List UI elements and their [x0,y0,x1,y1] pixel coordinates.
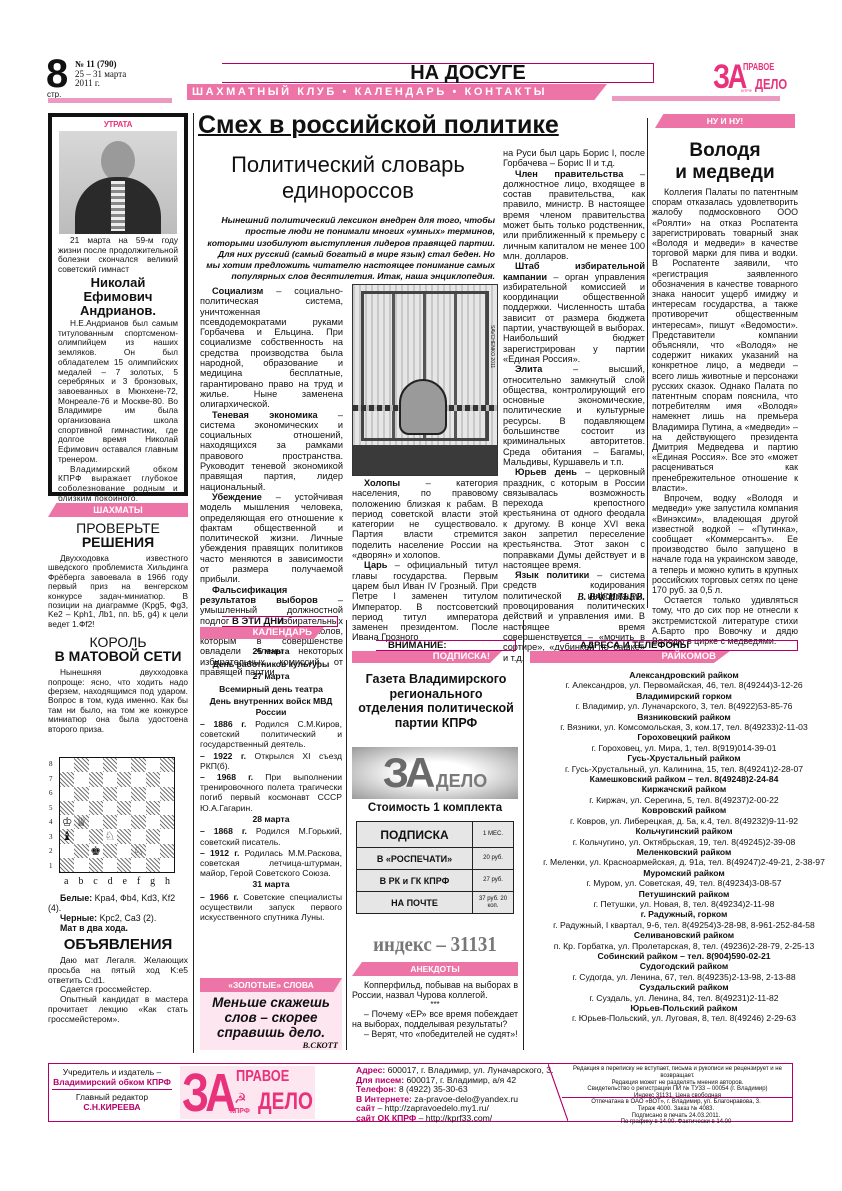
chess-square [60,758,74,772]
cost-title: Стоимость 1 комплекта [352,802,518,814]
article-headline: Смех в российской политике [198,110,643,140]
chess-heading-2-bold: В МАТОВОЙ СЕТИ [48,649,188,663]
chess-column: ШАХМАТЫ ПРОВЕРЬТЕ РЕШЕНИЯ Двухходовка из… [48,503,188,734]
rank-label: 8 [49,760,57,768]
dictionary-entry: Штаб избирательной кампании – орган упра… [503,261,645,364]
raikom-name: Петушинский райком [526,889,842,899]
subscription-title: Газета Владимирского регионального отдел… [356,672,516,730]
logo-pravoe: ПРАВОЕ [743,62,774,73]
dictionary-entry: Теневая экономика – система экономически… [200,410,343,492]
entry-definition: – система экономических и социальных отн… [200,410,343,492]
chess-piece-c2: ♚ [89,844,103,858]
calendar-date: 31 марта [200,879,342,890]
entry-term: Холопы [364,478,400,488]
file-label: a [64,876,68,887]
chess-piece-f2: ♘ [131,844,145,858]
calendar-date: 25 марта [200,646,342,657]
chess-heading-2: КОРОЛЬ В МАТОВОЙ СЕТИ [48,635,188,663]
chess-square [89,829,103,843]
chess-square [146,844,160,858]
email-link[interactable]: za-pravoe-delo@yandex.ru [412,1094,518,1104]
chess-square [89,858,103,872]
entry-definition: – официальный титул главы государства. П… [352,560,498,642]
col3-continuation: на Руси был царь Борис I, после Горбачев… [503,148,645,169]
phone-label: Телефон: [356,1084,396,1094]
raikom-name: Суздальский райком [526,982,842,992]
chess-white: Белые: Kpa4, Фb4, Kd3, Kf2 (4). [48,893,188,913]
masthead-right-underline [612,96,780,101]
chess-square [160,858,174,872]
dictionary-entry: Убеждение – устойчивая модель мышления ч… [200,492,343,585]
raikom-address: г. Ковров, ул. Либерецкая, д. 5а, к.4, т… [526,816,842,826]
divider-left [193,113,194,1053]
subscription-price: 1 МЕС. [473,822,514,848]
editor-label: Главный редактор [52,1092,172,1102]
raikom-name: Камешковский райком – тел. 8(49248)2-24-… [526,774,842,784]
chess-square [117,772,131,786]
letters-value: 600017, г. Владимир, а/я 42 [404,1075,516,1085]
chess-square [89,815,103,829]
chess-square [60,858,74,872]
logo-delo: ДЕЛО [436,771,487,791]
event-year: – 1912 г. [200,848,239,858]
divider-bottom-2 [523,620,524,1050]
quote-rubric: «ЗОЛОТЫЕ» СЛОВА [200,978,342,992]
chess-square [89,758,103,772]
obituary-condolence: Владимирский обком КПРФ выражает глубоко… [58,465,178,504]
chess-square [160,787,174,801]
chess-black: Черные: Kpc2, Ca3 (2). [48,913,188,923]
subscription-table: ПОДПИСКА1 МЕС.В «РОСПЕЧАТИ»20 руб.В РК и… [356,821,514,914]
rank-label: 2 [49,847,57,855]
joke-1: Копперфильд, побывав на выборах в России… [352,980,518,1001]
subscription-ribbon: ВНИМАНИЕ: ПОДПИСКА! [352,640,518,664]
dictionary-entry: Юрьев день – церковный праздник, с котор… [503,467,645,570]
raikom-address: г. Радужный, I квартал, 9-6, тел. 8(4925… [526,920,842,930]
chess-position: Белые: Kpa4, Фb4, Kd3, Kf2 (4). Черные: … [48,893,188,1025]
entry-term: Фальсификация результатов выборов [200,585,318,605]
rank-label: 7 [49,775,57,783]
chess-board-ranks: 87654321 [49,757,57,873]
chess-square [131,772,145,786]
chess-square [160,801,174,815]
chess-heading-1-bold: РЕШЕНИЯ [48,535,188,549]
sidebar-title-line-2: и медведи [652,162,798,184]
calendar-event: – 1966 г. Советские специалисты осуществ… [200,892,342,923]
section-subtitle: ШАХМАТНЫЙ КЛУБ • КАЛЕНДАРЬ • КОНТАКТЫ [192,86,602,99]
calendar-event: – 1922 г. Открылся XI съезд РКП(б). [200,751,342,771]
calendar-date: 28 марта [200,814,342,825]
footer-print: Отпечатана в ОАО «ВОТ», г. Владимир, ул.… [560,1099,792,1126]
logo-delo: ДЕЛО [755,76,787,93]
raikom-name: Меленковский райком [526,847,842,857]
logo-kprf: КПРФ [741,88,752,93]
subscription-row: В «РОСПЕЧАТИ»20 руб. [357,848,514,870]
entry-definition: – устойчивая модель мышления человека, о… [200,492,343,584]
chess-square [60,772,74,786]
footer-legal: Редакция в переписку не вступает, письма… [565,1066,790,1100]
chess-square [117,844,131,858]
sidebar-title: Володя и медведи [652,140,798,184]
chess-square [74,844,88,858]
chess-square [74,772,88,786]
divider-right [647,118,648,608]
sidebar-p3: Остается только удивляться тому, что до … [652,595,798,646]
newspaper-logo: ЗА ПРАВОЕ ДЕЛО КПРФ [713,60,789,96]
chess-square [131,829,145,843]
chess-square [160,815,174,829]
chess-task: Мат в два хода. [48,923,188,933]
chess-square [146,801,160,815]
rank-label: 5 [49,804,57,812]
print-2: Тираж 4000. Заказ № 4083. [560,1106,792,1113]
entry-definition: – категория населения, по правовому поло… [352,478,498,560]
raikom-address: г. Александров, ул. Первомайская, 46, те… [526,680,842,690]
file-label: h [165,876,170,887]
obituary-body: Н.Е.Андрианов был самым титулованным спо… [58,319,178,465]
calendar-ribbon: В ЭТИ ДНИ КАЛЕНДАРЬ [200,616,340,640]
page-number: 8 [46,56,68,92]
phone-value: 8 (4922) 35-30-63 [396,1084,467,1094]
entry-definition: – высший, относительно замкнутый слой об… [503,364,645,467]
calendar-event: – 1886 г. Родился С.М.Киров, советский п… [200,719,342,750]
article-author: В. ВАСИЛЬЕВ. [503,592,645,603]
site2-link[interactable]: – http://kprf33.com/ [416,1113,492,1123]
chess-piece-a4: ♔ [60,815,74,829]
chess-square [103,758,117,772]
chess-heading-1: ПРОВЕРЬТЕ РЕШЕНИЯ [48,521,188,549]
chess-square [146,815,160,829]
event-year: – 1968 г. [200,772,253,782]
dictionary-entry: Царь – официальный титул главы государст… [352,560,498,642]
obituary-rubric: УТРАТА [58,120,178,130]
chess-square [131,758,145,772]
calendar-ribbon-top: В ЭТИ ДНИ [232,616,284,627]
calendar-list: 25 мартаДень работников культуры27 марта… [200,645,342,923]
internet-label: В Интернете: [356,1094,412,1104]
calendar-holiday: День внутренних войск МВД России [200,696,342,717]
file-label: c [93,876,97,887]
file-label: f [137,876,140,887]
editor-name: С.Н.КИРЕЕВА [52,1102,172,1112]
subscription-channel: НА ПОЧТЕ [357,892,473,914]
raikom-name: Киржачский райком [526,784,842,794]
chess-problem-text: Нынешняя двухходовка попроще: ясно, что … [48,668,188,734]
entry-term: Юрьев день [515,467,577,477]
cartoon-signature: SAVCHENKO 2011 [489,325,495,368]
chess-square [103,787,117,801]
quote-box: «ЗОЛОТЫЕ» СЛОВА Меньше скажешь слов – ск… [200,978,342,1050]
chess-rubric: ШАХМАТЫ [48,503,188,517]
raikom-address: г. Суздаль, ул. Ленина, 84, тел. 8(49231… [526,993,842,1003]
chess-square [131,815,145,829]
issue-info: № 11 (790) 25 – 31 марта 2011 г. [75,60,126,89]
subscription-channel: В РК и ГК КПРФ [357,870,473,892]
quote-text: Меньше скажешь слов – скорее справишь де… [200,992,342,1040]
address-value: 600017, г. Владимир, ул. Луначарского, 3… [385,1065,553,1075]
chess-square [160,772,174,786]
white-label: Белые: [60,893,92,903]
calendar-holiday: Всемирный день театра [200,684,342,695]
dictionary-entry: Холопы – категория населения, по правово… [352,478,498,560]
raikom-address: г. Юрьев-Польский, ул. Луговая, 8, тел. … [526,1013,842,1023]
contacts-ribbon-top: АДРЕСА И ТЕЛЕФОНЫ [580,640,689,651]
sidebar-rubric: НУ И НУ! [655,114,795,128]
chess-square [74,758,88,772]
event-year: – 1868 г. [200,826,247,836]
raikom-name: г. Радужный, горком [526,909,842,919]
footer-publisher: Учредитель и издатель – Владимирский обк… [52,1067,172,1112]
calendar-date: 27 марта [200,671,342,682]
site-label: сайт [356,1103,375,1113]
joke-separator: *** [352,1001,518,1009]
obituary-lead: 21 марта на 59-м году жизни после продол… [58,236,178,274]
section-title: НА ДОСУГЕ [222,63,654,83]
black-pieces: Kpc2, Ca3 (2). [100,913,157,923]
contacts-list: Александровский райкомг. Александров, ул… [526,670,842,1024]
legal-3: Свидетельство о регистрации ПИ № ТУ33 – … [565,1086,790,1093]
chess-square [74,801,88,815]
logo-kprf: КПРФ [230,1108,250,1115]
chess-square [60,844,74,858]
chess-square [74,829,88,843]
print-3: Подписано в печать 24.03.2011. [560,1113,792,1120]
ad-1: Даю мат Легаля. Желающих просьба на пяты… [48,956,188,985]
chess-square [131,787,145,801]
chess-square [74,858,88,872]
entry-term: Член правительства [515,169,623,179]
logo-pravoe: ПРАВОЕ [236,1068,289,1086]
chess-square [117,829,131,843]
subscription-price: 20 руб. [473,848,514,870]
chess-solution-text: Двухходовка известного шведского проблем… [48,554,188,629]
raikom-address: г. Муром, ул. Советская, 49, тел. 8(4923… [526,878,842,888]
rank-label: 3 [49,833,57,841]
raikom-address: г. Судогда, ул. Ленина, 67, тел. 8(49235… [526,972,842,982]
site2-label: сайт ОК КПРФ [356,1113,416,1123]
rank-label: 4 [49,818,57,826]
entry-definition: – социально-политическая система, уничто… [200,286,343,409]
sidebar-p2: Впрочем, водку «Володя и медведи» уже за… [652,493,798,595]
ad-3: Опытный кандидат в мастера прочитает лек… [48,995,188,1024]
joke-2-question: – Почему «ЕР» все время побеждает на выб… [352,1009,518,1030]
subscription-row: ПОДПИСКА1 МЕС. [357,822,514,848]
masthead-left-underline [48,98,172,103]
ads-title: ОБЪЯВЛЕНИЯ [48,937,188,953]
chess-square [103,858,117,872]
cartoon-floor [353,445,498,476]
letters-label: Для писем: [356,1075,404,1085]
chess-square [146,858,160,872]
subscription-logo: ЗА ДЕЛО [352,747,518,799]
photo-head [101,141,135,181]
calendar-ribbon-bottom: КАЛЕНДАРЬ [200,627,312,639]
entry-definition: – церковный праздник, с которым в России… [503,467,645,570]
obituary-name: Николай Ефимович Андрианов. [58,276,178,318]
chess-square [160,844,174,858]
footer-publisher-divider [52,1089,172,1090]
chess-square [146,829,160,843]
raikom-address: г. Гусь-Хрустальный, ул. Калинина, 15, т… [526,764,842,774]
calendar-event: – 1912 г. Родилась М.М.Раскова, советска… [200,848,342,879]
contacts-ribbon-bottom: РАЙКОМОВ [530,651,716,663]
raikom-address: г. Меленки, ул. Красноармейская, д. 91а,… [526,857,842,867]
contacts-ribbon: АДРЕСА И ТЕЛЕФОНЫ РАЙКОМОВ [530,640,800,664]
print-4: По графику в 14.00. Фактически в 14.00 [560,1119,792,1126]
footer-logo: ЗА ПРАВОЕ ДЕЛО КПРФ ☭ [180,1066,315,1119]
dictionary-entry: Элита – высший, относительно замкнутый с… [503,364,645,467]
sidebar-title-line-1: Володя [652,140,798,162]
raikom-address: п. Кр. Горбатка, ул. Пролетарская, 8, те… [526,941,842,951]
chess-heading-1-light: ПРОВЕРЬТЕ [48,521,188,535]
calendar-event: – 1868 г. Родился М.Горький, советский п… [200,826,342,846]
rank-label: 1 [49,862,57,870]
subscription-index: индекс – 31131 [360,932,509,957]
founder-label: Учредитель и издатель – [52,1067,172,1077]
site-link[interactable]: – http://zapravoedelo.my1.ru/ [375,1103,489,1113]
founder-name: Владимирский обком КПРФ [52,1077,172,1087]
raikom-address: г. Гороховец, ул. Мира, 1, тел. 8(919)01… [526,743,842,753]
subscription-row: В РК и ГК КПРФ27 руб. [357,870,514,892]
raikom-address: г. Кольчугино, ул. Октябрьская, 19, тел.… [526,837,842,847]
event-year: – 1922 г. [200,751,246,761]
file-label: g [150,876,155,887]
legal-1: Редакция в переписку не вступает, письма… [565,1066,790,1080]
raikom-name: Собинский райком – тел. 8(904)590-02-21 [526,951,842,961]
raikom-name: Гусь-Хрустальный райком [526,753,842,763]
file-label: b [78,876,83,887]
subscription-row: НА ПОЧТЕ37 руб. 20 коп. [357,892,514,914]
article-col-2: Холопы – категория населения, по правово… [352,478,498,643]
hammer-sickle-icon: ☭ [234,1090,247,1107]
chess-square [74,787,88,801]
joke-2-answer: – Верят, что «победителей не судят»! [352,1029,518,1039]
chess-square [117,801,131,815]
chess-square [103,772,117,786]
file-label: d [108,876,113,887]
chess-square [160,758,174,772]
entry-term: Элита [515,364,542,374]
chess-square [103,801,117,815]
chess-square [60,787,74,801]
print-1: Отпечатана в ОАО «ВОТ», г. Владимир, ул.… [560,1099,792,1106]
masthead: 8 стр. № 11 (790) 25 – 31 марта 2011 г. … [0,0,842,105]
raikom-name: Гороховецкий райком [526,732,842,742]
chess-square [117,758,131,772]
obituary-box: УТРАТА 21 марта на 59-м году жизни после… [48,113,188,496]
chess-square [89,801,103,815]
logo-za: ЗА [182,1062,232,1124]
chess-square [103,815,117,829]
raikom-name: Вязниковский райком [526,712,842,722]
raikom-name: Ковровский райком [526,805,842,815]
subscription-price: 27 руб. [473,870,514,892]
entry-term: Язык политики [515,570,589,580]
raikom-address: г. Владимир, ул. Луначарского, 3, тел. 8… [526,701,842,711]
raikom-name: Кольчугинский райком [526,826,842,836]
raikom-address: г. Киржач, ул. Серегина, 5, тел. 8(49237… [526,795,842,805]
entry-definition: – орган управления избирательной комисси… [503,272,645,364]
raikom-name: Александровский райком [526,670,842,680]
jokes-body: Копперфильд, побывав на выборах в России… [352,980,518,1039]
chess-square [131,801,145,815]
chess-square [131,858,145,872]
chess-square [60,801,74,815]
entry-term: Убеждение [212,492,262,502]
photo-medals [111,181,125,231]
jokes-rubric: АНЕКДОТЫ [352,962,518,976]
subscription-price: 37 руб. 20 коп. [473,892,514,914]
cartoon-figure [399,379,447,435]
chess-piece-a3: ♝ [60,829,74,843]
chess-square [146,758,160,772]
issue-year: 2011 г. [75,79,126,89]
logo-za: ЗА [383,749,432,796]
calendar-holiday: День работников культуры [200,659,342,670]
raikom-address: г. Вязники, ул. Комсомольская, 3, ком.17… [526,722,842,732]
chess-square [103,844,117,858]
entry-term: Социализм [212,286,263,296]
chess-square [117,815,131,829]
event-year: – 1966 г. [200,892,239,902]
logo-delo: ДЕЛО [258,1088,313,1116]
cartoon-illustration: SAVCHENKO 2011 [352,284,498,476]
entry-definition: – должностное лицо, входящее в состав пр… [503,169,645,261]
entry-term: Царь [364,560,387,570]
dictionary-entry: Социализм – социально-политическая систе… [200,286,343,410]
subscription-channel: В «РОСПЕЧАТИ» [357,848,473,870]
raikom-name: Селивановский райком [526,930,842,940]
chess-square [146,772,160,786]
dictionary-entry: Член правительства – должностное лицо, в… [503,169,645,262]
chess-square [160,829,174,843]
chess-piece-b4: ♕ [74,815,88,829]
subscription-channel: ПОДПИСКА [357,822,473,848]
chess-square [89,787,103,801]
article-subhead: Политический словарь единороссов [198,152,498,204]
address-label: Адрес: [356,1065,385,1075]
divider-bottom-1 [346,620,347,1050]
file-label: e [122,876,126,887]
chess-board: ♔♕♝♘♚♘ [59,757,175,873]
sidebar-p1: Коллегия Палаты по патентным спорам отка… [652,187,798,493]
raikom-name: Судогодский райком [526,961,842,971]
raikom-address: г. Петушки, ул. Новая, 8, тел. 8(49234)2… [526,899,842,909]
chess-square [117,787,131,801]
calendar-event: – 1968 г. При выполнении тренировочного … [200,772,342,813]
article-intro: Нынешний политический лексикон внедрен д… [202,215,495,283]
footer-legal-divider [562,1097,792,1098]
chess-square [117,858,131,872]
rank-label: 6 [49,789,57,797]
event-year: – 1886 г. [200,719,246,729]
chess-square [89,772,103,786]
chess-piece-d3: ♘ [103,829,117,843]
sidebar-body: Коллегия Палаты по патентным спорам отка… [652,187,798,646]
obituary-photo [59,131,177,234]
entry-term: Теневая экономика [212,410,318,420]
raikom-name: Муромский райком [526,868,842,878]
article-col-3: на Руси был царь Борис I, после Горбачев… [503,148,645,663]
black-label: Черные: [60,913,97,923]
raikom-name: Владимирский горком [526,691,842,701]
raikom-name: Юрьев-Польский райком [526,1003,842,1013]
chess-board-files: abcdefgh [59,876,175,887]
subscription-ribbon-top: ВНИМАНИЕ: [388,640,447,651]
chess-square [146,787,160,801]
subscription-ribbon-bottom: ПОДПИСКА! [352,651,490,663]
quote-author: В.СКОТТ [200,1040,342,1050]
